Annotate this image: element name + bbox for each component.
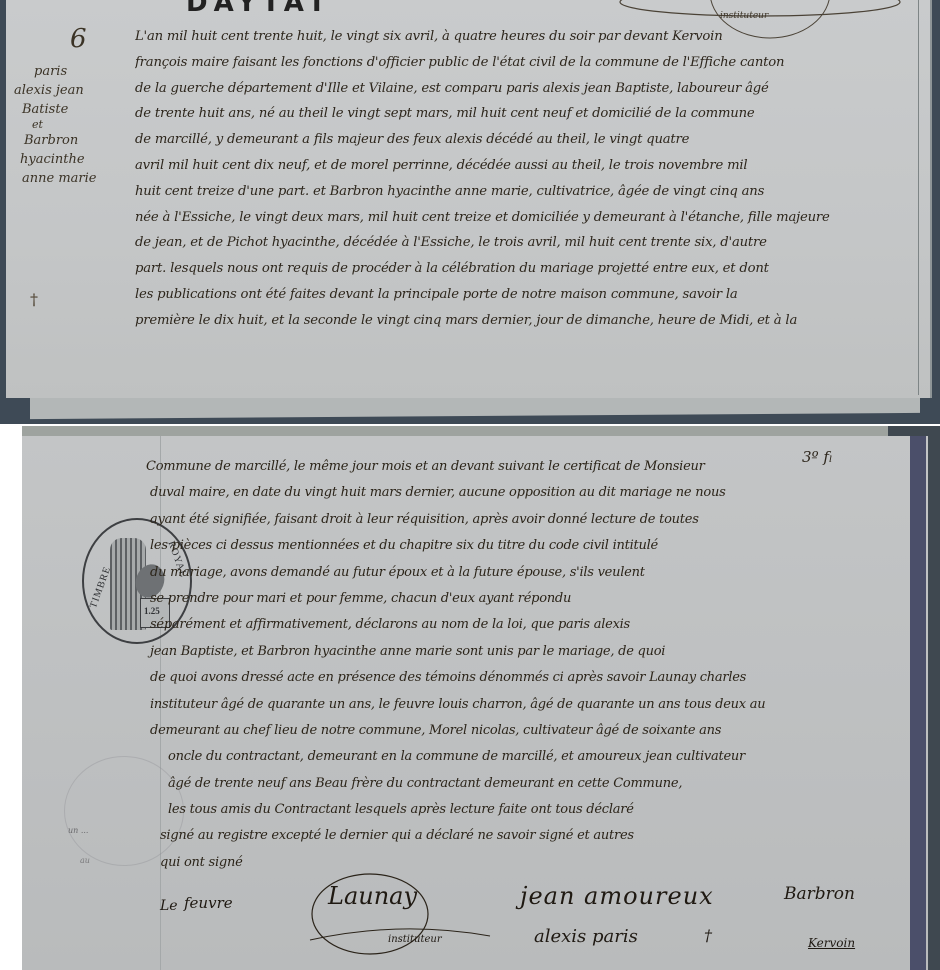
interlinear-annotation: instituteur <box>720 11 768 21</box>
text-line: demeurant au chef lieu de notre commune,… <box>146 718 876 744</box>
text-line: ayant été signifiée, faisant droit à leu… <box>146 507 876 533</box>
signature-barbron: Barbron <box>784 884 855 904</box>
text-line: de marcillé, y demeurant a fils majeur d… <box>135 127 921 153</box>
signature-mayor-kervoin: Kervoin <box>808 936 855 950</box>
text-line: de la guerche département d'Ille et Vila… <box>135 76 921 102</box>
margin-name-line: et <box>32 119 130 131</box>
text-line: première le dix huit, et la seconde le v… <box>135 308 921 334</box>
signature-launay-title: instituteur <box>388 934 442 945</box>
text-line: françois maire faisant les fonctions d'o… <box>135 50 921 76</box>
margin-name-line: hyacinthe <box>20 150 130 169</box>
text-line: se prendre pour mari et pour femme, chac… <box>146 586 876 612</box>
signature-le-feuvre: feuvre <box>184 894 233 912</box>
page-header-stamp: DAYTAT <box>186 0 332 18</box>
text-line: jean Baptiste, et Barbron hyacinthe anne… <box>146 639 876 665</box>
margin-spouse-names: paris alexis jean Batiste et Barbron hya… <box>10 62 130 188</box>
text-line: L'an mil huit cent trente huit, le vingt… <box>135 24 921 50</box>
margin-name-line: Batiste <box>22 100 130 119</box>
text-line: oncle du contractant, demeurant en la co… <box>146 744 876 770</box>
page-1-body-text: L'an mil huit cent trente huit, le vingt… <box>135 24 921 334</box>
text-line: duval maire, en date du vingt huit mars … <box>146 480 876 506</box>
text-line: de quoi avons dressé acte en présence de… <box>146 665 876 691</box>
text-line: du mariage, avons demandé au futur époux… <box>146 560 876 586</box>
document-viewer: DAYTAT instituteur 6 paris alexis jean B… <box>0 0 940 970</box>
faded-margin-note: un ... <box>68 826 88 835</box>
text-line: âgé de trente neuf ans Beau frère du con… <box>146 771 876 797</box>
text-line: avril mil huit cent dix neuf, et de more… <box>135 153 921 179</box>
text-line: de jean, et de Pichot hyacinthe, décédée… <box>135 230 921 256</box>
text-line: instituteur âgé de quarante un ans, le f… <box>146 692 876 718</box>
text-line: les tous amis du Contractant lesquels ap… <box>146 797 876 823</box>
margin-name-line: Barbron <box>24 131 130 150</box>
act-number: 6 <box>70 24 130 54</box>
margin-cross-mark: † <box>30 290 38 309</box>
text-line: née à l'Essiche, le vingt deux mars, mil… <box>135 205 921 231</box>
faded-margin-note: au <box>80 856 90 865</box>
text-line: part. lesquels nous ont requis de procéd… <box>135 256 921 282</box>
text-line: de trente huit ans, né au theil le vingt… <box>135 101 921 127</box>
page-2-body-text: Commune de marcillé, le même jour mois e… <box>146 454 876 876</box>
page-2-binding-edge <box>910 436 926 970</box>
text-line: les publications ont été faites devant l… <box>135 282 921 308</box>
page-1-margin: 6 paris alexis jean Batiste et Barbron h… <box>10 24 130 188</box>
signature-launay: Launay <box>328 882 417 910</box>
text-line: séparément et affirmativement, déclarons… <box>146 612 876 638</box>
margin-name-line: anne marie <box>22 169 130 188</box>
signature-alexis-paris: alexis paris <box>534 926 638 947</box>
text-line: huit cent treize d'une part. et Barbron … <box>135 179 921 205</box>
margin-name-line: paris <box>34 62 130 81</box>
signature-jean-amoureux: jean amoureux <box>520 882 714 910</box>
text-line: Commune de marcillé, le même jour mois e… <box>146 454 876 480</box>
signature-le: Le <box>160 898 178 914</box>
margin-name-line: alexis jean <box>14 81 130 100</box>
text-line: les pièces ci dessus mentionnées et du c… <box>146 533 876 559</box>
text-line: signé au registre excepté le dernier qui… <box>146 823 876 849</box>
signature-cross-mark: † <box>704 926 712 945</box>
text-line: qui ont signé <box>146 850 876 876</box>
